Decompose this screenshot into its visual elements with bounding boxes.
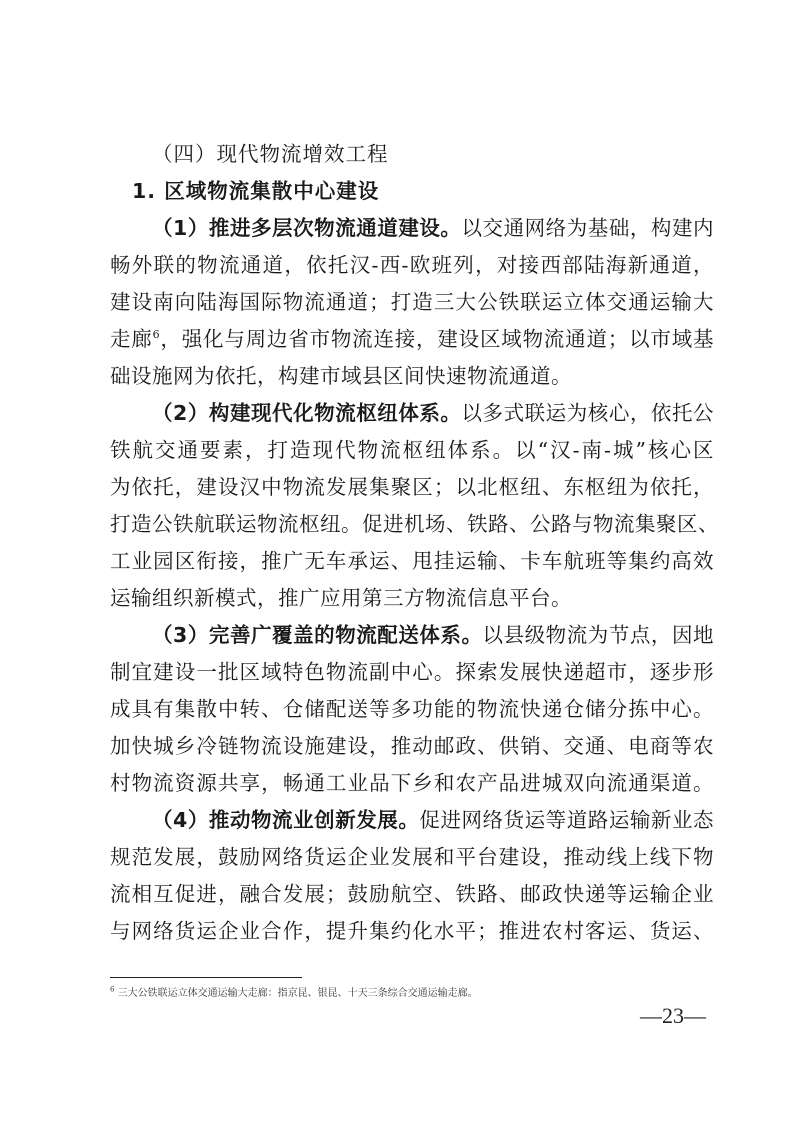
paragraph-2-line-5: 工业园区衔接，推广无车承运、甩挂运输、卡车航班等集约高效 bbox=[110, 543, 714, 580]
paragraph-4-line-2: 规范发展，鼓励网络货运企业发展和平台建设，推动线上线下物 bbox=[110, 839, 714, 876]
paragraph-4-line-1: （4）推动物流业创新发展。促进网络货运等道路运输新业态 bbox=[110, 802, 714, 839]
document-body: （四）现代物流增效工程 1. 区域物流集散中心建设 （1）推进多层次物流通道建设… bbox=[110, 136, 714, 950]
section-title: （四）现代物流增效工程 bbox=[110, 136, 714, 173]
paragraph-1-line-1: （1）推进多层次物流通道建设。以交通网络为基础，构建内 bbox=[110, 210, 714, 247]
paragraph-2-line-4: 打造公铁航联运物流枢纽。促进机场、铁路、公路与物流集聚区、 bbox=[110, 506, 714, 543]
footnote-text: 三大公铁联运立体交通运输大走廊：指京昆、银昆、十天三条综合交通运输走廊。 bbox=[114, 988, 477, 999]
paragraph-2-line-6: 运输组织新模式，推广应用第三方物流信息平台。 bbox=[110, 580, 714, 617]
paragraph-2-line-2: 铁航交通要素，打造现代物流枢纽体系。以“汉-南-城”核心区 bbox=[110, 432, 714, 469]
paragraph-3-label: （3）完善广覆盖的物流配送体系。 bbox=[152, 623, 483, 647]
paragraph-4-label: （4）推动物流业创新发展。 bbox=[152, 808, 419, 832]
paragraph-1-line-5: 础设施网为依托，构建市域县区间快速物流通道。 bbox=[110, 358, 714, 395]
paragraph-3-line-2: 制宜建设一批区域特色物流副中心。探索发展快递超市，逐步形 bbox=[110, 654, 714, 691]
page-number: —23— bbox=[640, 1003, 706, 1029]
paragraph-2-line-1: （2）构建现代化物流枢纽体系。以多式联运为核心，依托公 bbox=[110, 395, 714, 432]
footnote: 6 三大公铁联运立体交通运输大走廊：指京昆、银昆、十天三条综合交通运输走廊。 bbox=[110, 984, 478, 999]
paragraph-2-line-3: 为依托，建设汉中物流发展集聚区；以北枢纽、东枢纽为依托， bbox=[110, 469, 714, 506]
paragraph-2-label: （2）构建现代化物流枢纽体系。 bbox=[152, 401, 461, 425]
paragraph-4-line-4: 与网络货运企业合作，提升集约化水平；推进农村客运、货运、 bbox=[110, 913, 714, 950]
paragraph-1-line-4: 走廊6，强化与周边省市物流连接，建设区域物流通道；以市域基 bbox=[110, 321, 714, 358]
paragraph-1-line-3: 建设南向陆海国际物流通道；打造三大公铁联运立体交通运输大 bbox=[110, 284, 714, 321]
paragraph-4-line-3: 流相互促进，融合发展；鼓励航空、铁路、邮政快递等运输企业 bbox=[110, 876, 714, 913]
paragraph-3-line-4: 加快城乡冷链物流设施建设，推动邮政、供销、交通、电商等农 bbox=[110, 728, 714, 765]
paragraph-3-line-3: 成具有集散中转、仓储配送等多功能的物流快递仓储分拣中心。 bbox=[110, 691, 714, 728]
paragraph-1-line-2: 畅外联的物流通道，依托汉-西-欧班列，对接西部陆海新通道， bbox=[110, 247, 714, 284]
footnote-divider bbox=[110, 977, 302, 978]
paragraph-1-label: （1）推进多层次物流通道建设。 bbox=[152, 216, 461, 240]
footnote-ref: 6 bbox=[153, 328, 161, 341]
subsection-title: 1. 区域物流集散中心建设 bbox=[110, 173, 714, 210]
paragraph-3-line-1: （3）完善广覆盖的物流配送体系。以县级物流为节点，因地 bbox=[110, 617, 714, 654]
paragraph-3-line-5: 村物流资源共享，畅通工业品下乡和农产品进城双向流通渠道。 bbox=[110, 765, 714, 802]
